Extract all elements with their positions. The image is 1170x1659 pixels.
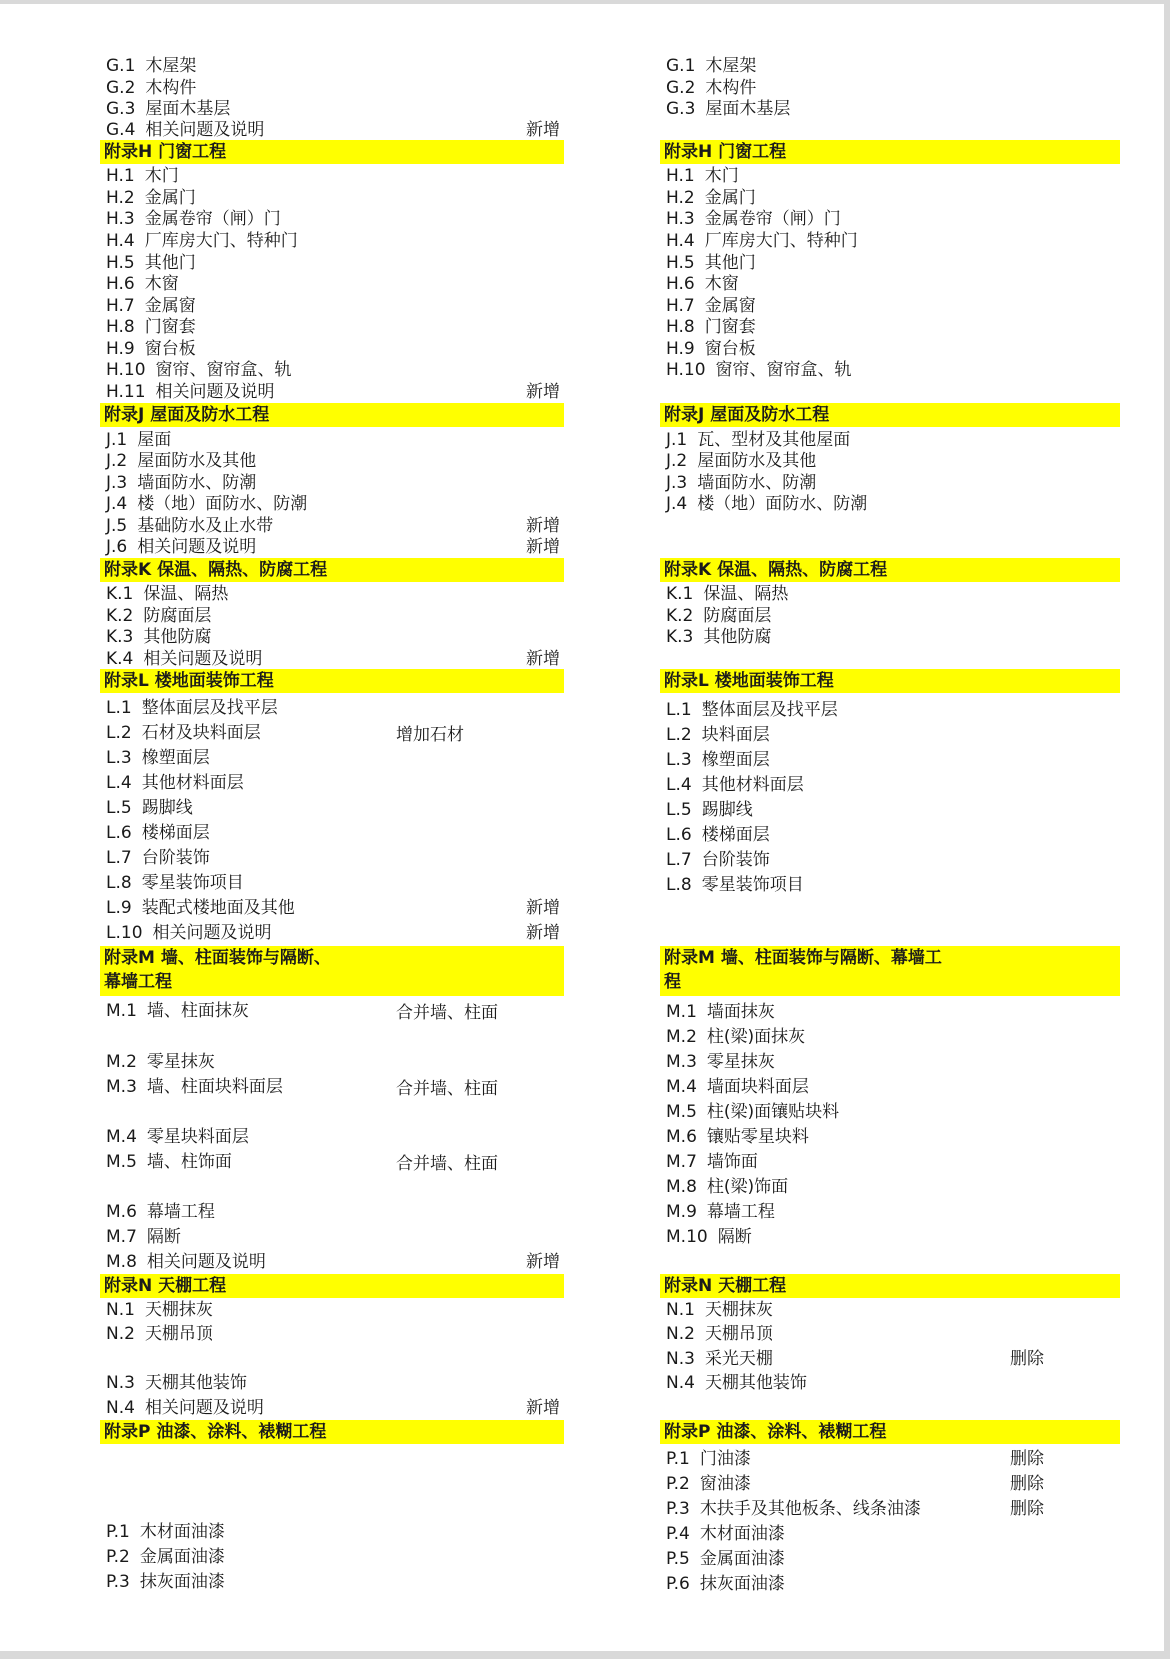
- item-name: 金属门: [705, 188, 756, 208]
- item-code: K.1: [666, 583, 693, 605]
- item-name: 门油漆: [700, 1449, 751, 1469]
- list-item: N.4天棚其他装饰: [666, 1372, 807, 1394]
- item-code: H.1: [666, 165, 695, 187]
- list-item: J.3墙面防水、防潮: [666, 472, 816, 494]
- list-item: H.7金属窗: [666, 295, 756, 317]
- item-name: 柱(梁)饰面: [707, 1177, 788, 1197]
- item-name: 采光天棚: [705, 1349, 773, 1369]
- item-name: 抹灰面油漆: [700, 1574, 785, 1594]
- item-code: M.7: [666, 1151, 697, 1173]
- section-title-line: 附录N 天棚工程: [662, 1274, 1120, 1298]
- item-name: 零星抹灰: [707, 1052, 775, 1072]
- list-item: M.6镶贴零星块料: [666, 1126, 809, 1148]
- item-code: P.5: [666, 1548, 690, 1570]
- item-code: L.5: [666, 799, 692, 821]
- list-item: H.8门窗套: [666, 316, 756, 338]
- item-code: L.2: [666, 724, 692, 746]
- list-item: H.3金属卷帘（闸）门: [666, 208, 841, 230]
- list-item: P.1门油漆: [666, 1448, 751, 1470]
- item-code: J.1: [666, 429, 687, 451]
- item-name: 台阶装饰: [702, 850, 770, 870]
- item-name: 柱(梁)面镶贴块料: [707, 1102, 839, 1122]
- list-item: H.2金属门: [666, 187, 756, 209]
- section-title-line: 附录J 屋面及防水工程: [662, 403, 1120, 427]
- list-item: J.1瓦、型材及其他屋面: [666, 429, 850, 451]
- item-name: 天棚抹灰: [705, 1300, 773, 1320]
- item-code: H.7: [666, 295, 695, 317]
- item-name: 墙面块料面层: [707, 1077, 809, 1097]
- item-code: N.1: [666, 1299, 695, 1321]
- list-item: L.5踢脚线: [666, 799, 753, 821]
- list-item: M.7墙饰面: [666, 1151, 758, 1173]
- item-code: M.4: [666, 1076, 697, 1098]
- item-name: 门窗套: [705, 317, 756, 337]
- list-item: L.7台阶装饰: [666, 849, 770, 871]
- list-item: K.1保温、隔热: [666, 583, 788, 605]
- list-item: G.3屋面木基层: [666, 98, 790, 120]
- item-name: 天棚吊顶: [705, 1324, 773, 1344]
- list-item: M.9幕墙工程: [666, 1201, 775, 1223]
- appendix-section-header: 附录M 墙、柱面装饰与隔断、幕墙工程: [660, 946, 1120, 996]
- item-name: 木构件: [705, 78, 756, 98]
- list-item: G.2木构件: [666, 77, 756, 99]
- item-code: N.2: [666, 1323, 695, 1345]
- item-code: H.6: [666, 273, 695, 295]
- section-title-line: 附录M 墙、柱面装饰与隔断、幕墙工: [662, 946, 1120, 970]
- item-code: L.1: [666, 699, 692, 721]
- appendix-section-header: 附录P 油漆、涂料、裱糊工程: [660, 1420, 1120, 1444]
- list-item: G.1木屋架: [666, 55, 756, 77]
- item-name: 隔断: [718, 1227, 752, 1247]
- item-code: L.6: [666, 824, 692, 846]
- item-code: P.1: [666, 1448, 690, 1470]
- item-name: 金属卷帘（闸）门: [705, 209, 841, 229]
- item-name: 幕墙工程: [707, 1202, 775, 1222]
- list-item: L.2块料面层: [666, 724, 770, 746]
- appendix-section-header: 附录N 天棚工程: [660, 1274, 1120, 1298]
- item-name: 天棚其他装饰: [705, 1373, 807, 1393]
- item-code: L.4: [666, 774, 692, 796]
- section-title-line: 附录K 保温、隔热、防腐工程: [662, 558, 1120, 582]
- list-item: N.2天棚吊顶: [666, 1323, 773, 1345]
- item-code: N.4: [666, 1372, 695, 1394]
- item-code: H.9: [666, 338, 695, 360]
- item-name: 块料面层: [702, 725, 770, 745]
- item-code: M.2: [666, 1026, 697, 1048]
- list-item: H.9窗台板: [666, 338, 756, 360]
- change-note: 删除: [1010, 1473, 1044, 1495]
- appendix-section-header: 附录J 屋面及防水工程: [660, 403, 1120, 427]
- item-code: L.3: [666, 749, 692, 771]
- item-code: K.3: [666, 626, 693, 648]
- item-name: 窗帘、窗帘盒、轨: [716, 360, 852, 380]
- item-code: M.8: [666, 1176, 697, 1198]
- item-code: J.2: [666, 450, 687, 472]
- section-title-line: 附录L 楼地面装饰工程: [662, 669, 1120, 693]
- item-name: 其他材料面层: [702, 775, 804, 795]
- item-name: 踢脚线: [702, 800, 753, 820]
- list-item: P.3木扶手及其他板条、线条油漆: [666, 1498, 921, 1520]
- item-name: 窗台板: [705, 339, 756, 359]
- list-item: L.8零星装饰项目: [666, 874, 804, 896]
- item-name: 楼梯面层: [702, 825, 770, 845]
- item-name: 保温、隔热: [703, 584, 788, 604]
- appendix-section-header: 附录K 保温、隔热、防腐工程: [660, 558, 1120, 582]
- item-code: M.10: [666, 1226, 708, 1248]
- item-name: 窗油漆: [700, 1474, 751, 1494]
- item-code: L.7: [666, 849, 692, 871]
- list-item: N.3采光天棚: [666, 1348, 773, 1370]
- list-item: H.4厂库房大门、特种门: [666, 230, 858, 252]
- section-title-line: 程: [662, 970, 1120, 994]
- list-item: M.2柱(梁)面抹灰: [666, 1026, 805, 1048]
- item-code: H.5: [666, 252, 695, 274]
- list-item: M.10隔断: [666, 1226, 752, 1248]
- item-code: M.5: [666, 1101, 697, 1123]
- section-title-line: 附录H 门窗工程: [662, 140, 1120, 164]
- item-code: H.3: [666, 208, 695, 230]
- item-name: 墙面抹灰: [707, 1002, 775, 1022]
- item-name: 金属窗: [705, 296, 756, 316]
- item-name: 墙面防水、防潮: [697, 473, 816, 493]
- list-item: M.4墙面块料面层: [666, 1076, 809, 1098]
- list-item: J.2屋面防水及其他: [666, 450, 816, 472]
- list-item: M.5柱(梁)面镶贴块料: [666, 1101, 839, 1123]
- list-item: P.6抹灰面油漆: [666, 1573, 785, 1595]
- document-page: G.1木屋架G.2木构件G.3屋面木基层G.4相关问题及说明新增附录H 门窗工程…: [0, 4, 1164, 1651]
- item-code: P.2: [666, 1473, 690, 1495]
- item-name: 木窗: [705, 274, 739, 294]
- item-name: 零星装饰项目: [702, 875, 804, 895]
- right-column-old-standard: G.1木屋架G.2木构件G.3屋面木基层附录H 门窗工程H.1木门H.2金属门H…: [0, 4, 1164, 1651]
- list-item: K.2防腐面层: [666, 605, 771, 627]
- list-item: M.3零星抹灰: [666, 1051, 775, 1073]
- item-code: M.9: [666, 1201, 697, 1223]
- change-note: 删除: [1010, 1348, 1044, 1370]
- item-name: 柱(梁)面抹灰: [707, 1027, 805, 1047]
- item-code: G.1: [666, 55, 695, 77]
- item-name: 木屋架: [705, 56, 756, 76]
- item-code: M.3: [666, 1051, 697, 1073]
- item-code: M.1: [666, 1001, 697, 1023]
- item-name: 楼（地）面防水、防潮: [697, 494, 867, 514]
- list-item: H.10窗帘、窗帘盒、轨: [666, 359, 852, 381]
- item-code: H.8: [666, 316, 695, 338]
- item-code: L.8: [666, 874, 692, 896]
- item-name: 金属面油漆: [700, 1549, 785, 1569]
- item-name: 屋面防水及其他: [697, 451, 816, 471]
- list-item: L.3橡塑面层: [666, 749, 770, 771]
- list-item: M.1墙面抹灰: [666, 1001, 775, 1023]
- item-code: H.10: [666, 359, 706, 381]
- list-item: L.6楼梯面层: [666, 824, 770, 846]
- item-name: 镶贴零星块料: [707, 1127, 809, 1147]
- list-item: L.1整体面层及找平层: [666, 699, 838, 721]
- list-item: P.5金属面油漆: [666, 1548, 785, 1570]
- list-item: N.1天棚抹灰: [666, 1299, 773, 1321]
- item-name: 厂库房大门、特种门: [705, 231, 858, 251]
- item-name: 橡塑面层: [702, 750, 770, 770]
- item-code: P.6: [666, 1573, 690, 1595]
- list-item: K.3其他防腐: [666, 626, 771, 648]
- appendix-section-header: 附录L 楼地面装饰工程: [660, 669, 1120, 693]
- list-item: M.8柱(梁)饰面: [666, 1176, 788, 1198]
- item-name: 木门: [705, 166, 739, 186]
- item-name: 木扶手及其他板条、线条油漆: [700, 1499, 921, 1519]
- item-code: N.3: [666, 1348, 695, 1370]
- item-code: H.4: [666, 230, 695, 252]
- item-name: 其他防腐: [703, 627, 771, 647]
- list-item: L.4其他材料面层: [666, 774, 804, 796]
- list-item: J.4楼（地）面防水、防潮: [666, 493, 867, 515]
- item-name: 木材面油漆: [700, 1524, 785, 1544]
- item-code: J.3: [666, 472, 687, 494]
- item-code: M.6: [666, 1126, 697, 1148]
- list-item: P.4木材面油漆: [666, 1523, 785, 1545]
- change-note: 删除: [1010, 1498, 1044, 1520]
- appendix-section-header: 附录H 门窗工程: [660, 140, 1120, 164]
- item-name: 整体面层及找平层: [702, 700, 838, 720]
- item-name: 屋面木基层: [705, 99, 790, 119]
- list-item: H.6木窗: [666, 273, 739, 295]
- item-name: 墙饰面: [707, 1152, 758, 1172]
- list-item: P.2窗油漆: [666, 1473, 751, 1495]
- item-code: H.2: [666, 187, 695, 209]
- item-name: 防腐面层: [703, 606, 771, 626]
- item-name: 瓦、型材及其他屋面: [697, 430, 850, 450]
- item-name: 其他门: [705, 253, 756, 273]
- item-code: K.2: [666, 605, 693, 627]
- change-note: 删除: [1010, 1448, 1044, 1470]
- item-code: G.2: [666, 77, 695, 99]
- list-item: H.5其他门: [666, 252, 756, 274]
- list-item: H.1木门: [666, 165, 739, 187]
- item-code: P.4: [666, 1523, 690, 1545]
- item-code: J.4: [666, 493, 687, 515]
- item-code: P.3: [666, 1498, 690, 1520]
- item-code: G.3: [666, 98, 695, 120]
- section-title-line: 附录P 油漆、涂料、裱糊工程: [662, 1420, 1120, 1444]
